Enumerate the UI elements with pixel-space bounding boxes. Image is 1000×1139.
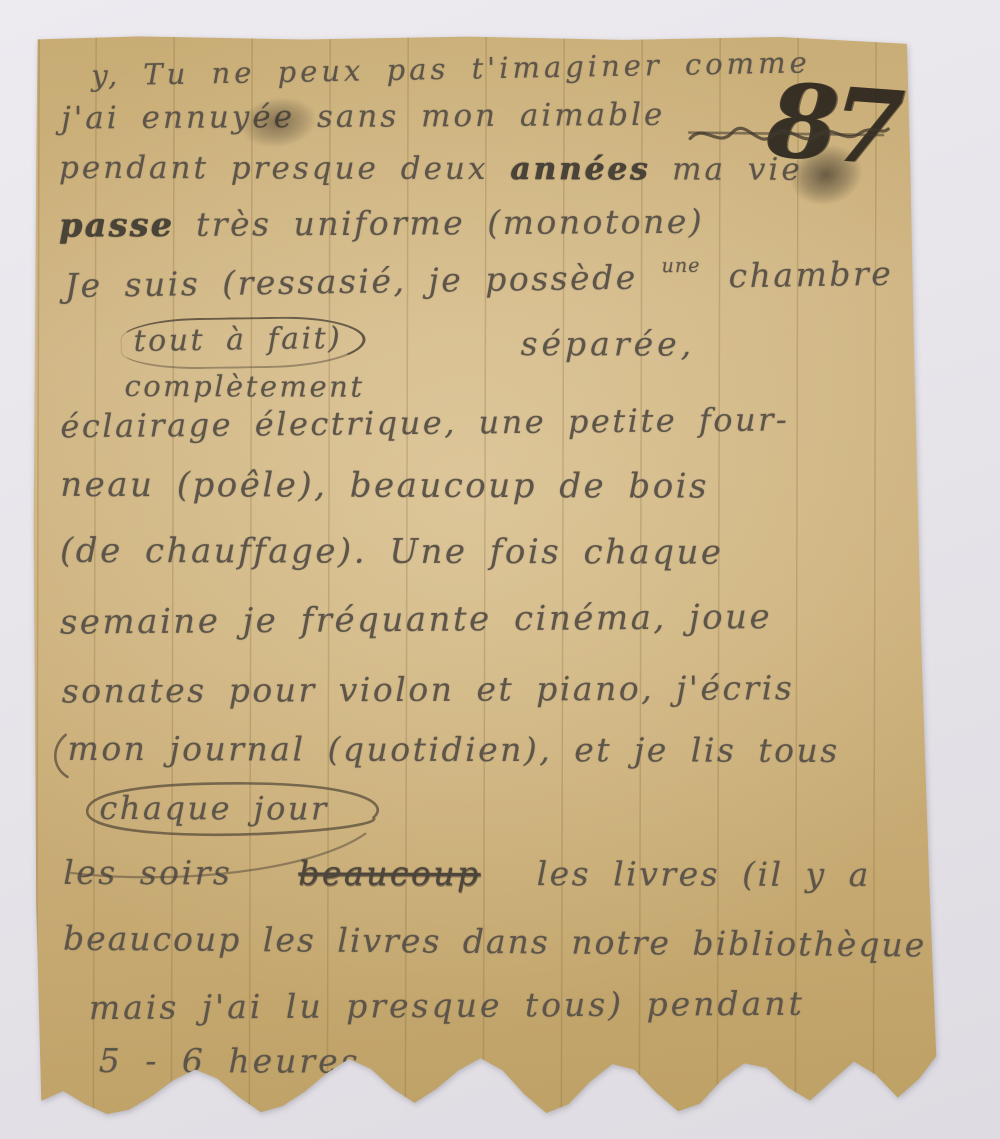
handwriting-line-10: (de chauffage). Une fois chaque [60, 533, 724, 572]
inserted-word-une: une [661, 253, 700, 277]
handwriting-line-17: mais j'ai lu presque tous) pendant [89, 986, 805, 1027]
handwriting-line-1: y, Tu ne peux pas t'imaginer comme [91, 47, 811, 92]
handwriting-line-4: passe très uniforme (monotone) [59, 204, 704, 244]
torn-lined-paper: y, Tu ne peux pas t'imaginer comme j'ai … [27, 33, 945, 1127]
line-5-text: Je suis (ressasié, je possède [65, 258, 638, 305]
handwriting-line-2: j'ai ennuyée sans mon aimable [61, 98, 665, 136]
handwriting-line-8: éclairage électrique, une petite four- [60, 402, 789, 444]
handwriting-line-11: semaine je fréquante cinéma, joue [60, 599, 773, 642]
paper-sheet: y, Tu ne peux pas t'imaginer comme j'ai … [28, 34, 943, 1126]
handwriting-line-5: Je suis (ressasié, je possède une chambr… [65, 256, 894, 305]
circled-phrase: tout à fait) [120, 316, 366, 371]
line-2-text: j'ai ennuyée sans mon aimable [61, 97, 665, 137]
insertion-circle-annotation [43, 721, 473, 912]
handwriting-line-12: sonates pour violon et piano, j'écris [62, 670, 795, 709]
scratched-out-word-scribble [684, 105, 894, 162]
handwriting-line-9: neau (poêle), beaucoup de bois [60, 467, 709, 506]
handwriting-line-18: 5 - 6 heures, [99, 1043, 374, 1080]
scanned-letter-page: y, Tu ne peux pas t'imaginer comme j'ai … [0, 0, 1000, 1139]
overwritten-word: années [510, 151, 650, 187]
line-4-text: très uniforme (monotone) [196, 202, 704, 244]
handwriting-line-6-circled: tout à fait) [120, 316, 366, 371]
line-15-text-end: les livres (il y a [537, 854, 871, 894]
handwriting-line-16: beaucoup les livres dans notre bibliothè… [63, 921, 926, 964]
handwriting-line-7: complètement [124, 371, 364, 404]
line-5-text-end: chambre [728, 254, 893, 295]
line-3-text: pendant presque deux [59, 150, 488, 187]
overwritten-word: passe [59, 205, 174, 245]
handwriting-line-6-right: séparée, [521, 326, 696, 363]
